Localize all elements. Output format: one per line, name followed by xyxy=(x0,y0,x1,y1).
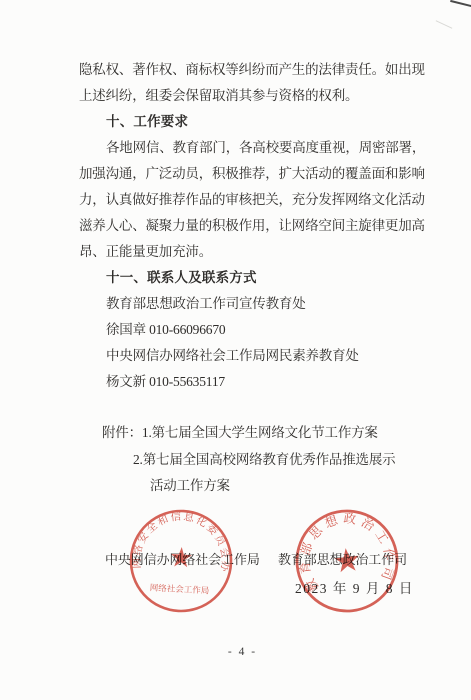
star-icon xyxy=(170,546,192,567)
attachment-line: 附件：1.第七届全国大学生网络文化节工作方案 xyxy=(102,420,395,447)
attachment-block: 附件：1.第七届全国大学生网络文化节工作方案 2.第七届全国高校网络教育优秀作品… xyxy=(102,420,395,500)
page-number: - 4 - xyxy=(0,646,471,658)
section-heading-11: 十一、联系人及联系方式 xyxy=(79,265,427,291)
contact-person-line: 杨文新 010-55635117 xyxy=(79,369,427,395)
body-line: 隐私权、著作权、商标权等纠纷而产生的法律责任。如出现 xyxy=(79,57,427,83)
scan-artifact-smudge xyxy=(436,20,453,29)
seal-arc-text: 中央网络安全和信息化委员会办公室 xyxy=(123,503,235,574)
contact-person-line: 徐国章 010-66096670 xyxy=(79,317,427,343)
svg-text:中央网络安全和信息化委员会办公室: 中央网络安全和信息化委员会办公室 xyxy=(123,503,235,574)
document-body: 隐私权、著作权、商标权等纠纷而产生的法律责任。如出现 上述纠纷，组委会保留取消其… xyxy=(79,57,427,395)
contact-org-line: 教育部思想政治工作司宣传教育处 xyxy=(79,291,427,317)
document-page: 隐私权、著作权、商标权等纠纷而产生的法律责任。如出现 上述纠纷，组委会保留取消其… xyxy=(0,0,471,700)
star-icon xyxy=(333,547,360,573)
body-line: 力，认真做好推荐作品的审核把关，充分发挥网络文化活动 xyxy=(79,187,427,213)
body-line: 各地网信、教育部门，各高校要高度重视，周密部署， xyxy=(79,135,427,161)
scan-artifact-corner xyxy=(450,0,471,8)
contact-org-line: 中央网信办网络社会工作局网民素养教育处 xyxy=(79,343,427,369)
attachment-line: 活动工作方案 xyxy=(150,473,395,500)
section-heading-10: 十、工作要求 xyxy=(79,109,427,135)
body-line: 滋养人心、凝聚力量的积极作用，让网络空间主旋律更加高 xyxy=(79,213,427,239)
official-seal-right: 教育部思想政治工作司 xyxy=(287,501,408,622)
body-line: 加强沟通，广泛动员，积极推荐，扩大活动的覆盖面和影响 xyxy=(79,161,427,187)
body-line: 昂、正能量更加充沛。 xyxy=(79,239,427,265)
attachment-line: 2.第七届全国高校网络教育优秀作品推选展示 xyxy=(133,447,395,474)
body-line: 上述纠纷，组委会保留取消其参与资格的权利。 xyxy=(79,83,427,109)
official-seal-left: 中央网络安全和信息化委员会办公室 网络社会工作局 xyxy=(123,503,239,619)
seal-bottom-text: 网络社会工作局 xyxy=(150,582,210,595)
